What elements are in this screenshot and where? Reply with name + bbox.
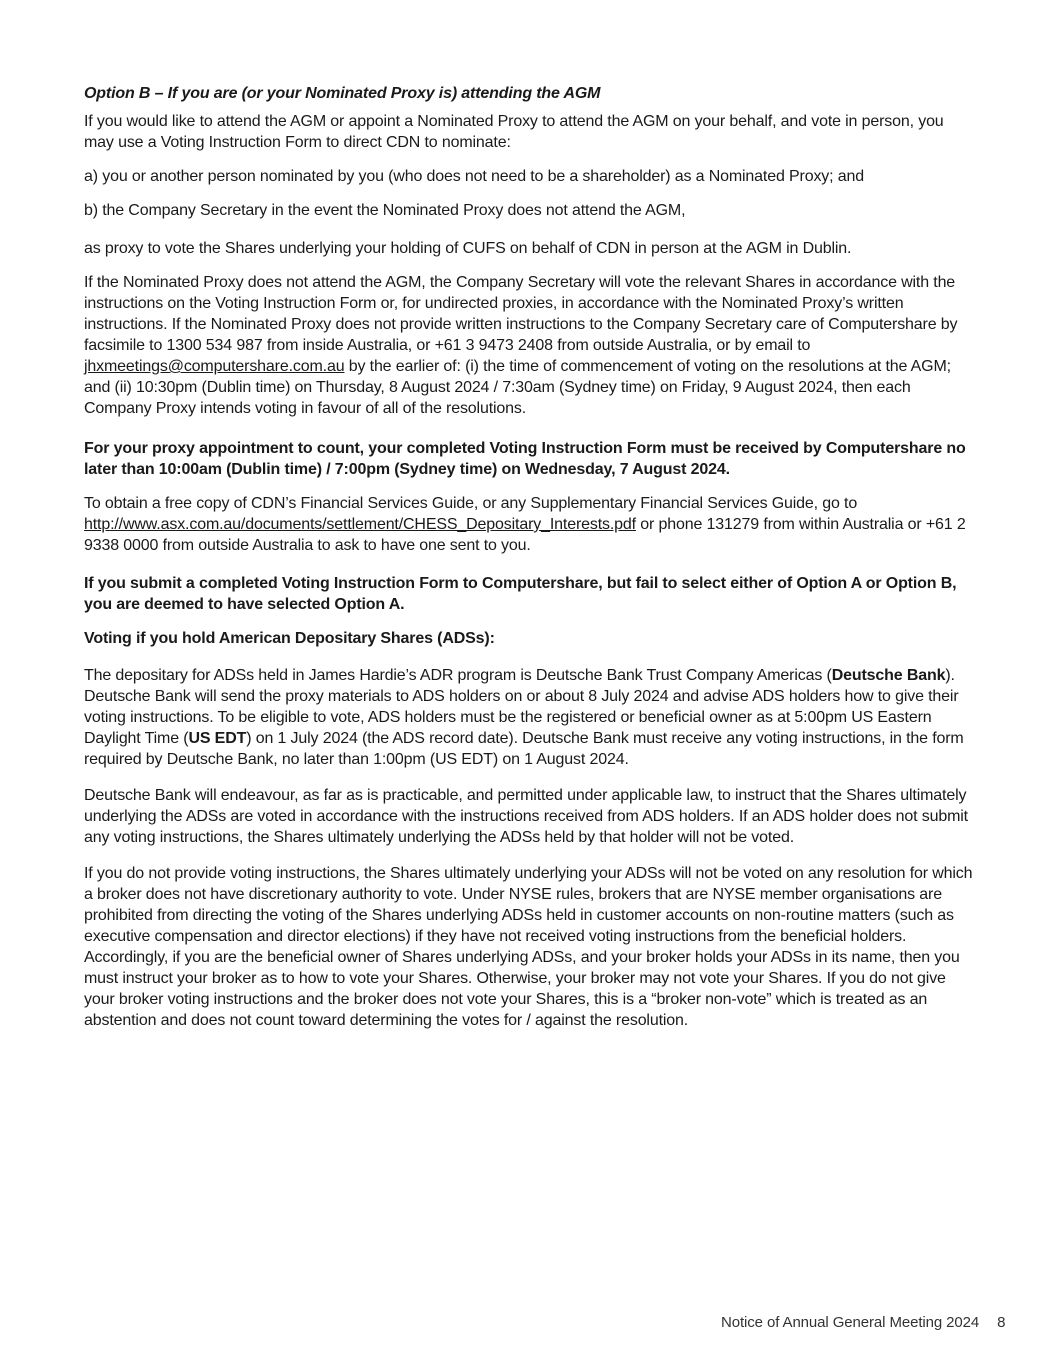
ads-paragraph-2: Deutsche Bank will endeavour, as far as … <box>84 785 974 848</box>
ads-p1-text-1: The depositary for ADSs held in James Ha… <box>84 667 832 684</box>
option-b-heading: Option B – If you are (or your Nominated… <box>84 83 974 104</box>
ads-paragraph-1: The depositary for ADSs held in James Ha… <box>84 665 974 770</box>
page-content: Option B – If you are (or your Nominated… <box>84 83 974 1044</box>
footer-title: Notice of Annual General Meeting 2024 <box>721 1314 979 1331</box>
ads-p1-bold-us-edt: US EDT <box>188 730 246 747</box>
nominated-proxy-paragraph: If the Nominated Proxy does not attend t… <box>84 272 974 419</box>
ads-heading: Voting if you hold American Depositary S… <box>84 628 974 649</box>
as-proxy-paragraph: as proxy to vote the Shares underlying y… <box>84 238 974 259</box>
email-link[interactable]: jhxmeetings@computershare.com.au <box>84 358 344 375</box>
page-number: 8 <box>997 1314 1005 1331</box>
fsg-paragraph: To obtain a free copy of CDN’s Financial… <box>84 493 974 556</box>
deadline-notice: For your proxy appointment to count, you… <box>84 438 974 480</box>
default-option-notice: If you submit a completed Voting Instruc… <box>84 573 974 615</box>
ads-p1-bold-deutsche-bank: Deutsche Bank <box>832 667 946 684</box>
asx-document-link[interactable]: http://www.asx.com.au/documents/settleme… <box>84 516 636 533</box>
ads-paragraph-3: If you do not provide voting instruction… <box>84 863 974 1031</box>
fsg-text-1: To obtain a free copy of CDN’s Financial… <box>84 495 857 512</box>
page-footer: Notice of Annual General Meeting 20248 <box>721 1314 1005 1331</box>
list-item-b: b) the Company Secretary in the event th… <box>84 200 974 221</box>
list-item-a: a) you or another person nominated by yo… <box>84 166 974 187</box>
nominated-proxy-text-1: If the Nominated Proxy does not attend t… <box>84 274 957 354</box>
option-b-intro: If you would like to attend the AGM or a… <box>84 111 974 153</box>
